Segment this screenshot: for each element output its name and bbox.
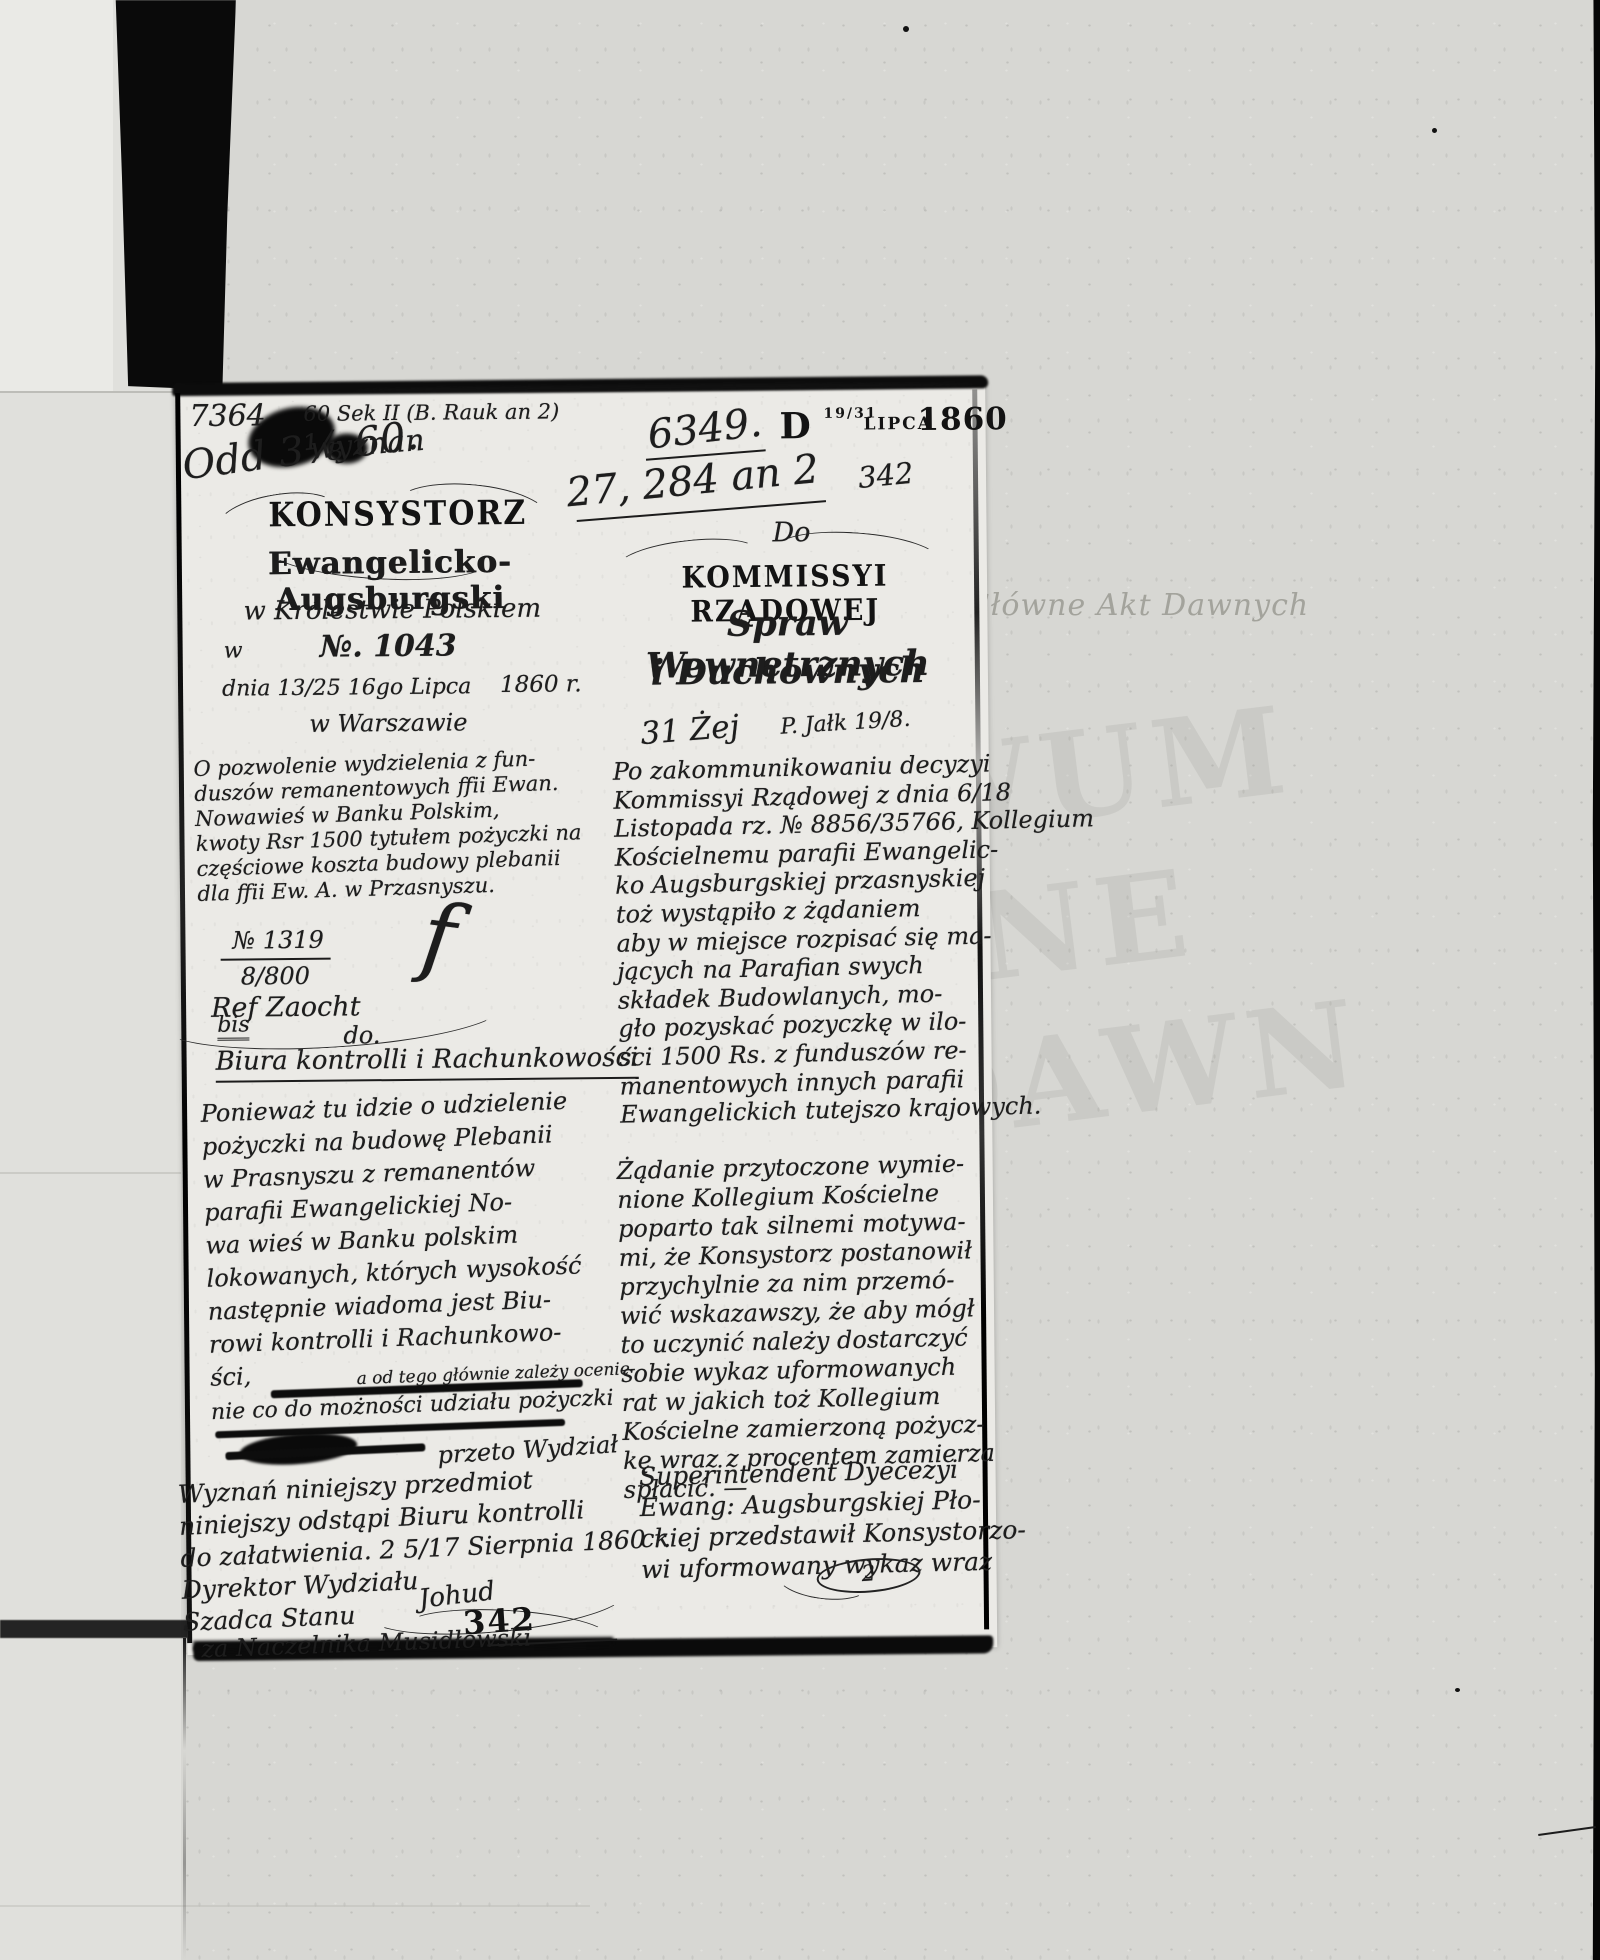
letterhead-number: №. 1043 [319, 628, 456, 664]
stamp-letter: D [779, 405, 813, 447]
ref-number: № 1319 [232, 926, 324, 955]
annotation-right: P. Jałk 19/8. [780, 707, 911, 740]
archival-scan: Archiwum Główne Akt Dawnych Archiwum Gło… [0, 0, 1600, 1960]
left-body-paragraph: Ponieważ tu idzie o udzieleniepożyczki n… [200, 1084, 585, 1394]
commission-line3: i Duchownych [618, 650, 958, 694]
crease-line [0, 1905, 590, 1907]
stray-mark [1538, 1826, 1596, 1836]
w-mark: w [224, 638, 243, 663]
dark-fold-bar [0, 1620, 192, 1638]
letterhead-line3: w Królestwie Polskiem [207, 593, 577, 627]
document-page: 7364 Odd 3⅛ 60. 60 Sek II (B. Rauk an 2)… [175, 379, 997, 1655]
annotation-left: 31 Żej [639, 708, 740, 752]
crease-line [0, 391, 181, 393]
stamp-days: 19/31 [823, 407, 853, 422]
dust-speck [903, 26, 909, 32]
film-edge-right [1592, 0, 1600, 1960]
letterhead-place: w Warszawie [278, 708, 498, 738]
right-body-para2: Żądanie przytoczone wymie-nione Kollegiu… [590, 1149, 995, 1506]
vertical-crease [183, 1638, 186, 1960]
letterhead-date: dnia 13/25 16go Lipca [222, 674, 472, 701]
right-body-para1: Po zakommunikowaniu decyzyiKommissyi Rzą… [590, 747, 1100, 1130]
big-number: 6349. [645, 400, 764, 459]
bureau-heading: Biura kontrolli i Rachunkowości [215, 1043, 638, 1083]
dust-speck [1432, 128, 1437, 133]
letterhead-title: KONSYSTORZ [268, 494, 508, 536]
sek-note: 60 Sek II (B. Rauk an 2) [303, 399, 559, 425]
stamp-year: 1860 [917, 401, 1008, 438]
crease-line [0, 1172, 181, 1174]
top-left-page-corner [0, 0, 113, 392]
summary-paragraph: O pozwolenie wydzielenia z fun-duszów re… [193, 745, 583, 907]
side-number: 342 [857, 456, 915, 495]
bis-label: bis [217, 1012, 250, 1040]
fraction-bar [221, 958, 331, 961]
film-edge-bar [112, 0, 236, 390]
dust-speck [1455, 1688, 1460, 1692]
registry-number: 7364 [189, 398, 266, 434]
ref-under: 8/800 [241, 962, 310, 991]
letterhead-year: 1860 r. [500, 671, 582, 698]
